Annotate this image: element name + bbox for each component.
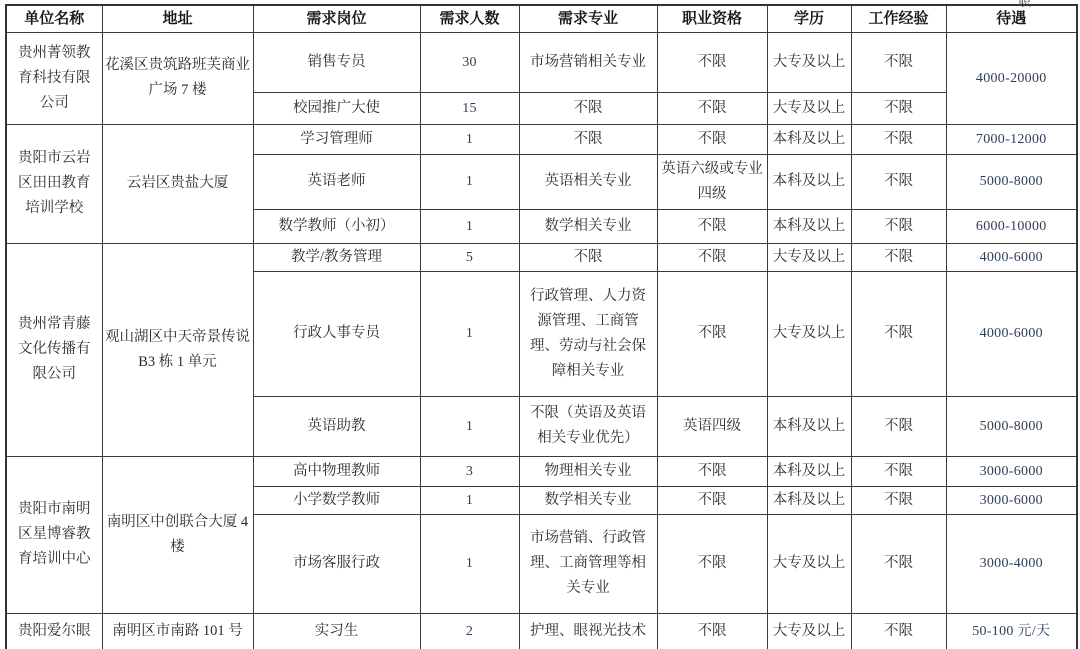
cell-address: 云岩区贵盐大厦 <box>102 124 253 243</box>
cell-experience: 不限 <box>851 243 946 271</box>
cell-qualification: 不限 <box>657 92 767 124</box>
cell-address: 南明区中创联合大厦 4 楼 <box>102 456 253 613</box>
cell-position: 英语老师 <box>253 154 420 209</box>
cell-experience: 不限 <box>851 124 946 154</box>
cell-salary: 4000-6000 <box>946 271 1077 396</box>
cell-qualification: 不限 <box>657 243 767 271</box>
cell-education: 大专及以上 <box>767 92 851 124</box>
table-row: 贵阳市南明区星博睿教育培训中心 南明区中创联合大厦 4 楼 高中物理教师 3 物… <box>6 456 1077 486</box>
cell-company-name: 贵州菁领教育科技有限公司 <box>6 32 102 124</box>
cell-count: 1 <box>420 514 519 613</box>
header-row: 单位名称 地址 需求岗位 需求人数 需求专业 职业资格 学历 工作经验 待遇 <box>6 5 1077 32</box>
cell-major: 市场营销相关专业 <box>519 32 657 92</box>
cell-education: 本科及以上 <box>767 124 851 154</box>
cell-major: 物理相关专业 <box>519 456 657 486</box>
cell-experience: 不限 <box>851 92 946 124</box>
cell-major: 英语相关专业 <box>519 154 657 209</box>
cell-qualification: 不限 <box>657 514 767 613</box>
cell-salary: 7000-12000 <box>946 124 1077 154</box>
cell-qualification: 不限 <box>657 32 767 92</box>
cell-position: 小学数学教师 <box>253 486 420 514</box>
header-company-name: 单位名称 <box>6 5 102 32</box>
header-salary: 待遇 <box>946 5 1077 32</box>
cell-salary: 3000-4000 <box>946 514 1077 613</box>
cell-count: 1 <box>420 486 519 514</box>
cell-major: 行政管理、人力资源管理、工商管理、劳动与社会保障相关专业 <box>519 271 657 396</box>
cell-salary: 4000-20000 <box>946 32 1077 124</box>
cell-education: 本科及以上 <box>767 154 851 209</box>
cell-education: 本科及以上 <box>767 486 851 514</box>
header-count: 需求人数 <box>420 5 519 32</box>
cell-position: 校园推广大使 <box>253 92 420 124</box>
cell-position: 教学/教务管理 <box>253 243 420 271</box>
cell-count: 5 <box>420 243 519 271</box>
cell-education: 大专及以上 <box>767 243 851 271</box>
table-row: 贵阳市云岩区田田教育培训学校 云岩区贵盐大厦 学习管理师 1 不限 不限 本科及… <box>6 124 1077 154</box>
cell-qualification: 英语四级 <box>657 396 767 456</box>
cell-position: 英语助教 <box>253 396 420 456</box>
cell-education: 大专及以上 <box>767 32 851 92</box>
cell-position: 市场客服行政 <box>253 514 420 613</box>
cell-count: 2 <box>420 613 519 649</box>
cell-experience: 不限 <box>851 456 946 486</box>
job-recruitment-table: 单位名称 地址 需求岗位 需求人数 需求专业 职业资格 学历 工作经验 待遇 贵… <box>5 4 1078 649</box>
cell-experience: 不限 <box>851 271 946 396</box>
cell-experience: 不限 <box>851 209 946 243</box>
cell-experience: 不限 <box>851 154 946 209</box>
cell-major: 不限 <box>519 243 657 271</box>
cell-qualification: 不限 <box>657 456 767 486</box>
cell-count: 1 <box>420 154 519 209</box>
cell-major: 市场营销、行政管理、工商管理等相关专业 <box>519 514 657 613</box>
cell-experience: 不限 <box>851 486 946 514</box>
cell-salary: 3000-6000 <box>946 456 1077 486</box>
header-address: 地址 <box>102 5 253 32</box>
cell-qualification: 不限 <box>657 124 767 154</box>
cell-experience: 不限 <box>851 32 946 92</box>
cell-qualification: 英语六级或专业四级 <box>657 154 767 209</box>
cell-position: 实习生 <box>253 613 420 649</box>
cell-qualification: 不限 <box>657 486 767 514</box>
cell-position: 行政人事专员 <box>253 271 420 396</box>
cell-major: 数学相关专业 <box>519 486 657 514</box>
cell-salary: 3000-6000 <box>946 486 1077 514</box>
table-row: 贵州菁领教育科技有限公司 花溪区贵筑路班芙商业广场 7 楼 销售专员 30 市场… <box>6 32 1077 92</box>
cell-experience: 不限 <box>851 613 946 649</box>
cell-experience: 不限 <box>851 396 946 456</box>
cell-education: 大专及以上 <box>767 271 851 396</box>
table-row: 贵阳爱尔眼 南明区市南路 101 号 实习生 2 护理、眼视光技术 不限 大专及… <box>6 613 1077 649</box>
cell-company-name: 贵阳市南明区星博睿教育培训中心 <box>6 456 102 613</box>
cell-education: 本科及以上 <box>767 456 851 486</box>
cell-major: 护理、眼视光技术 <box>519 613 657 649</box>
cell-company-name: 贵阳市云岩区田田教育培训学校 <box>6 124 102 243</box>
header-qualification: 职业资格 <box>657 5 767 32</box>
cell-position: 销售专员 <box>253 32 420 92</box>
cell-count: 1 <box>420 209 519 243</box>
cell-count: 15 <box>420 92 519 124</box>
cell-major: 不限（英语及英语相关专业优先） <box>519 396 657 456</box>
cell-count: 1 <box>420 271 519 396</box>
cell-qualification: 不限 <box>657 271 767 396</box>
cell-address: 花溪区贵筑路班芙商业广场 7 楼 <box>102 32 253 124</box>
cell-major: 不限 <box>519 92 657 124</box>
cell-salary: 5000-8000 <box>946 396 1077 456</box>
cell-count: 1 <box>420 396 519 456</box>
cell-qualification: 不限 <box>657 613 767 649</box>
cell-position: 数学教师（小初） <box>253 209 420 243</box>
cell-salary: 50-100 元/天 <box>946 613 1077 649</box>
cell-education: 大专及以上 <box>767 613 851 649</box>
cell-address: 南明区市南路 101 号 <box>102 613 253 649</box>
header-position: 需求岗位 <box>253 5 420 32</box>
cell-company-name: 贵阳爱尔眼 <box>6 613 102 649</box>
header-experience: 工作经验 <box>851 5 946 32</box>
cell-major: 不限 <box>519 124 657 154</box>
header-education: 学历 <box>767 5 851 32</box>
cell-experience: 不限 <box>851 514 946 613</box>
cell-major: 数学相关专业 <box>519 209 657 243</box>
cell-salary: 5000-8000 <box>946 154 1077 209</box>
cell-count: 1 <box>420 124 519 154</box>
cell-company-name: 贵州常青藤文化传播有限公司 <box>6 243 102 456</box>
cell-position: 学习管理师 <box>253 124 420 154</box>
table-row: 贵州常青藤文化传播有限公司 观山湖区中天帝景传说 B3 栋 1 单元 教学/教务… <box>6 243 1077 271</box>
cell-address: 观山湖区中天帝景传说 B3 栋 1 单元 <box>102 243 253 456</box>
cell-count: 3 <box>420 456 519 486</box>
cell-count: 30 <box>420 32 519 92</box>
edge-artifact-glyph: 职 <box>1018 0 1033 10</box>
header-major: 需求专业 <box>519 5 657 32</box>
cell-salary: 4000-6000 <box>946 243 1077 271</box>
cell-education: 本科及以上 <box>767 396 851 456</box>
cell-salary: 6000-10000 <box>946 209 1077 243</box>
cell-education: 本科及以上 <box>767 209 851 243</box>
cell-qualification: 不限 <box>657 209 767 243</box>
cell-position: 高中物理教师 <box>253 456 420 486</box>
cell-education: 大专及以上 <box>767 514 851 613</box>
